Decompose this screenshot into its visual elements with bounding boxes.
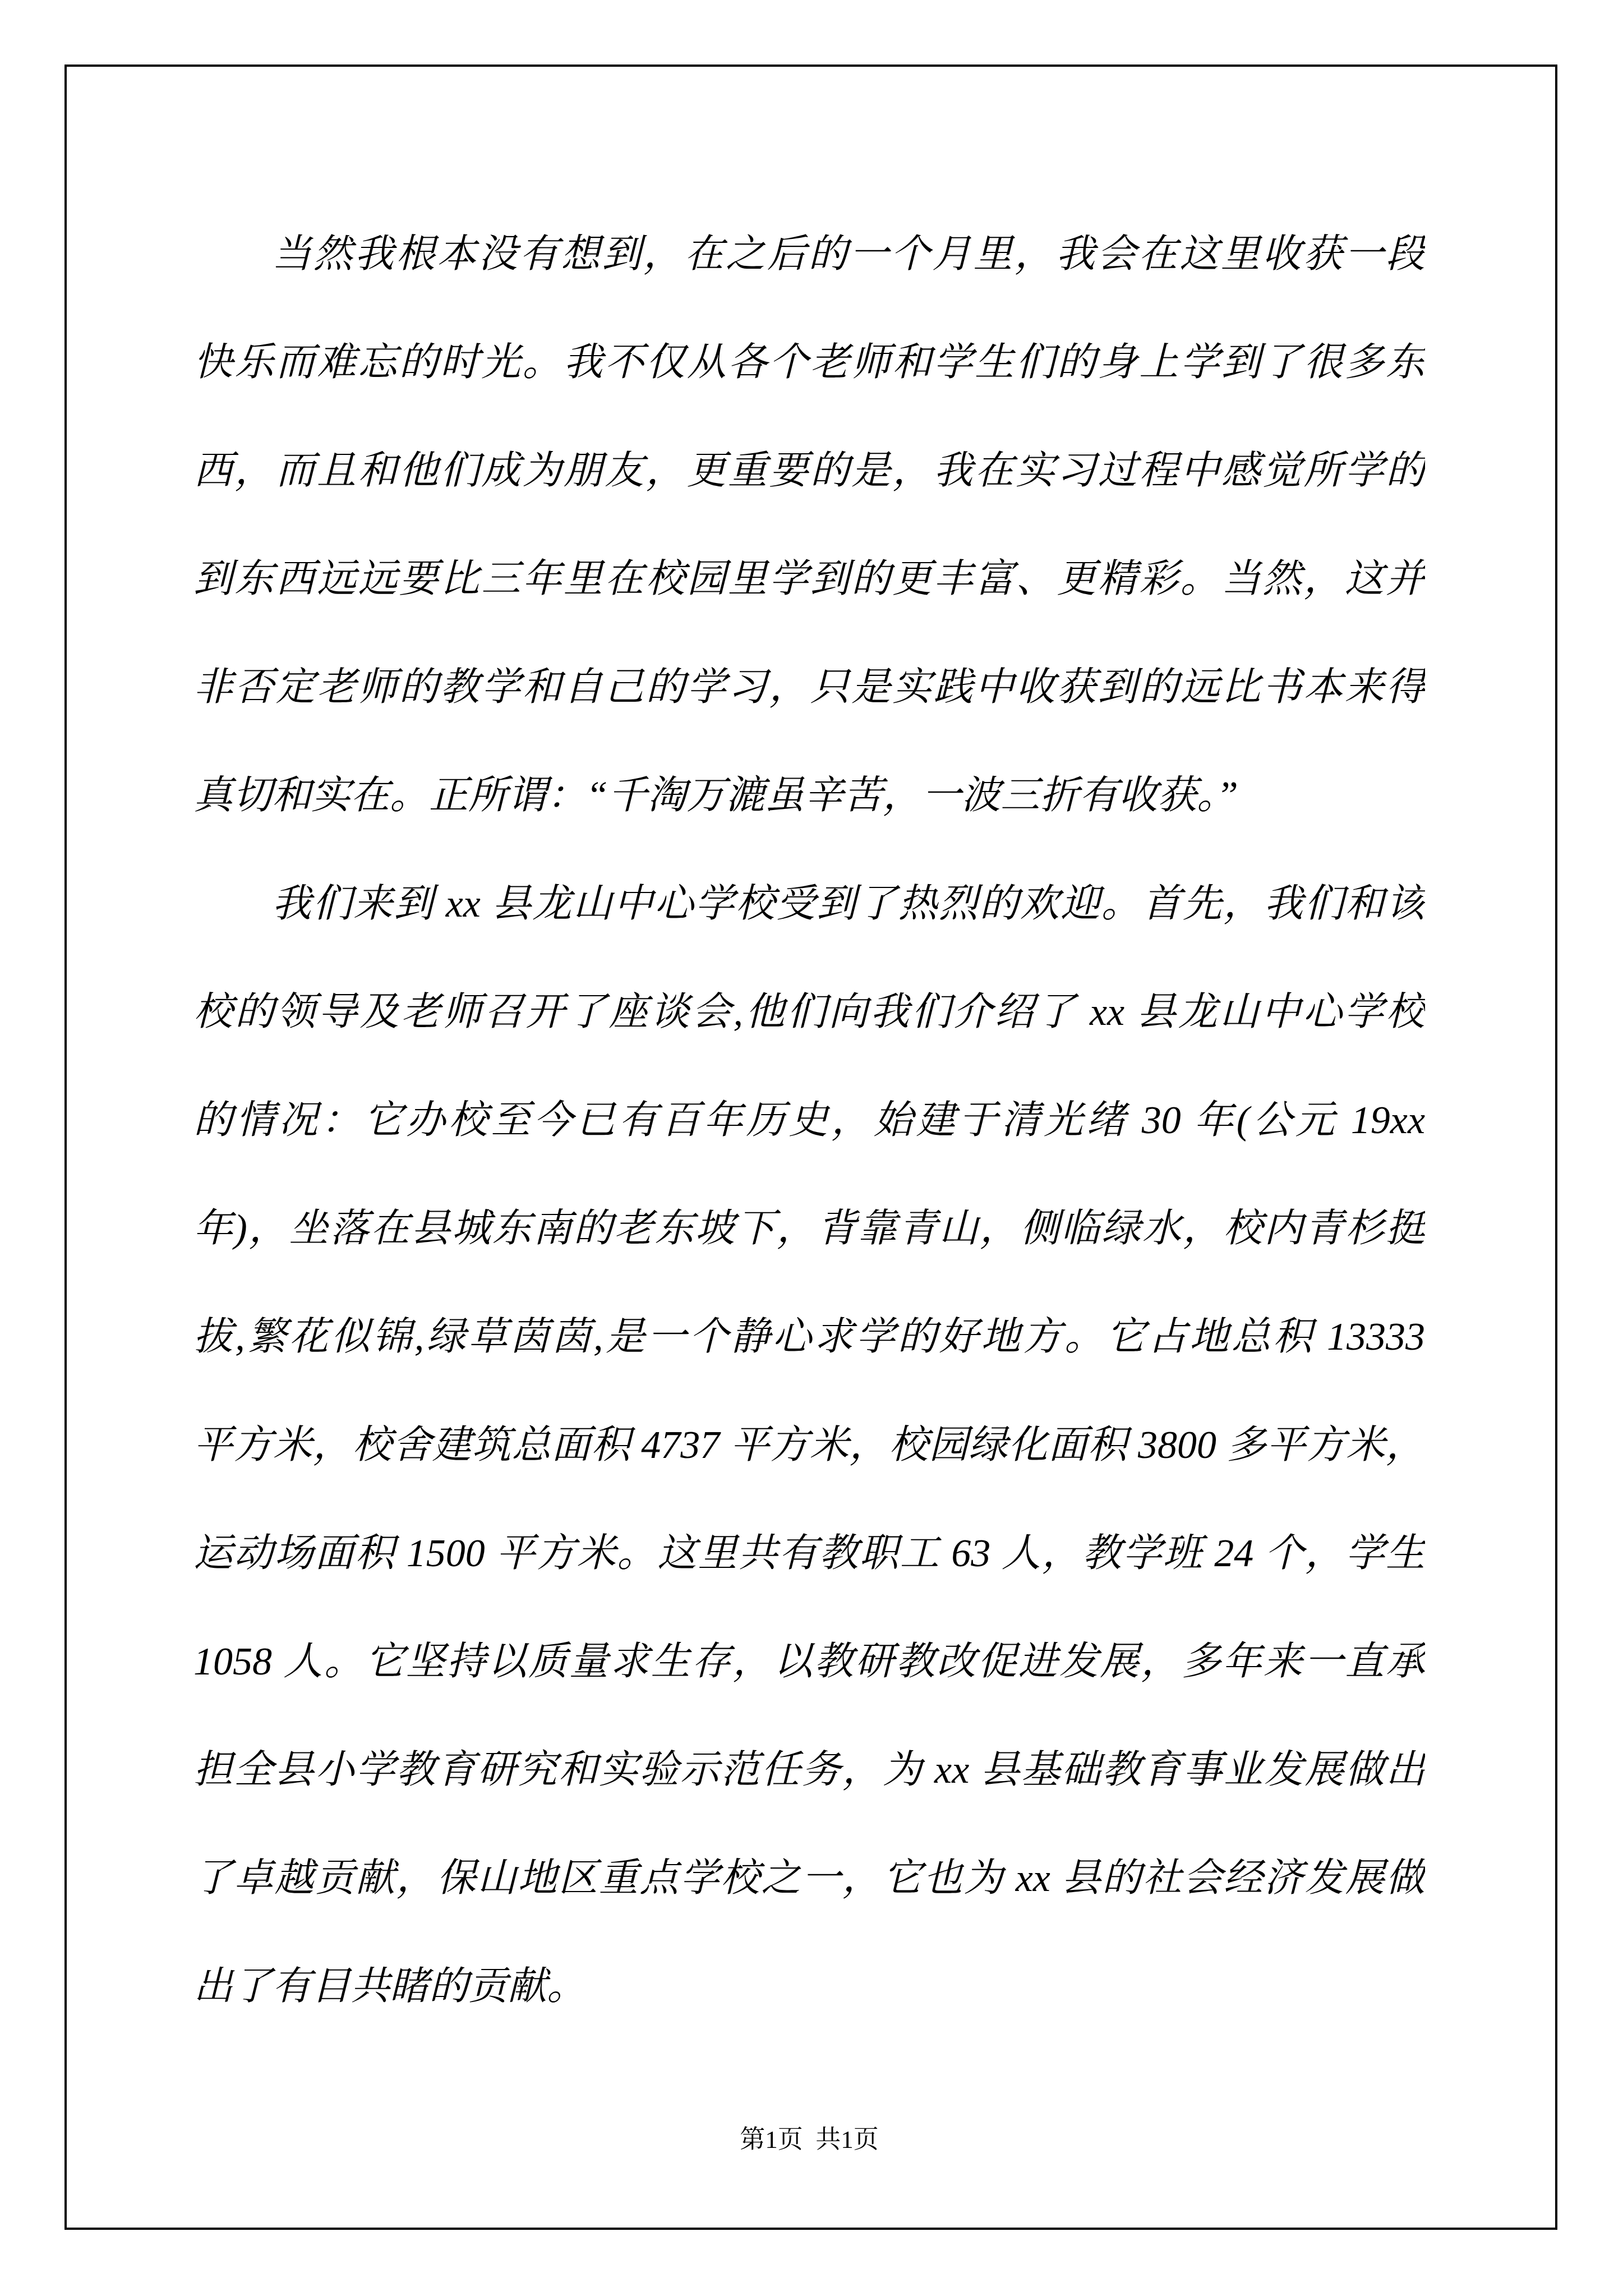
text-line: 当然我根本没有想到，在之后的一个月里，我会在这里收获一段 — [193, 200, 1425, 309]
text-line: 运动场面积 1500 平方米。这里共有教职工 63 人，教学班 24 个，学生 — [193, 1499, 1425, 1608]
text-line: 到东西远远要比三年里在校园里学到的更丰富、更精彩。当然，这并 — [193, 525, 1425, 633]
text-line: 平方米，校舍建筑总面积 4737 平方米，校园绿化面积 3800 多平方米， — [193, 1391, 1425, 1499]
text-line: 年)，坐落在县城东南的老东坡下，背靠青山，侧临绿水，校内青杉挺 — [193, 1175, 1425, 1283]
text-line: 担全县小学教育研究和实验示范任务，为 xx 县基础教育事业发展做出 — [193, 1716, 1425, 1824]
text-line: 西，而且和他们成为朋友，更重要的是，我在实习过程中感觉所学的 — [193, 417, 1425, 525]
text-line: 非否定老师的教学和自己的学习，只是实践中收获到的远比书本来得 — [193, 633, 1425, 742]
document-page: 当然我根本没有想到，在之后的一个月里，我会在这里收获一段 快乐而难忘的时光。我不… — [0, 0, 1623, 2296]
text-line: 拔,繁花似锦,绿草茵茵,是一个静心求学的好地方。它占地总积 13333 — [193, 1283, 1425, 1391]
text-line: 出了有目共睹的贡献。 — [193, 1932, 1425, 2041]
document-body-text: 当然我根本没有想到，在之后的一个月里，我会在这里收获一段 快乐而难忘的时光。我不… — [193, 200, 1425, 2041]
text-line: 我们来到 xx 县龙山中心学校受到了热烈的欢迎。首先，我们和该 — [193, 850, 1425, 958]
text-line: 了卓越贡献，保山地区重点学校之一，它也为 xx 县的社会经济发展做 — [193, 1824, 1425, 1932]
text-line: 真切和实在。正所谓：“千淘万漉虽辛苦，一波三折有收获。” — [193, 742, 1425, 850]
text-line: 1058 人。它坚持以质量求生存，以教研教改促进发展，多年来一直承 — [193, 1608, 1425, 1716]
page-footer: 第1页 共1页 — [193, 2125, 1425, 2154]
text-line: 校的领导及老师召开了座谈会,他们向我们介绍了 xx 县龙山中心学校 — [193, 958, 1425, 1066]
text-line: 的情况：它办校至今已有百年历史，始建于清光绪 30 年(公元 19xx — [193, 1066, 1425, 1175]
text-line: 快乐而难忘的时光。我不仅从各个老师和学生们的身上学到了很多东 — [193, 309, 1425, 417]
